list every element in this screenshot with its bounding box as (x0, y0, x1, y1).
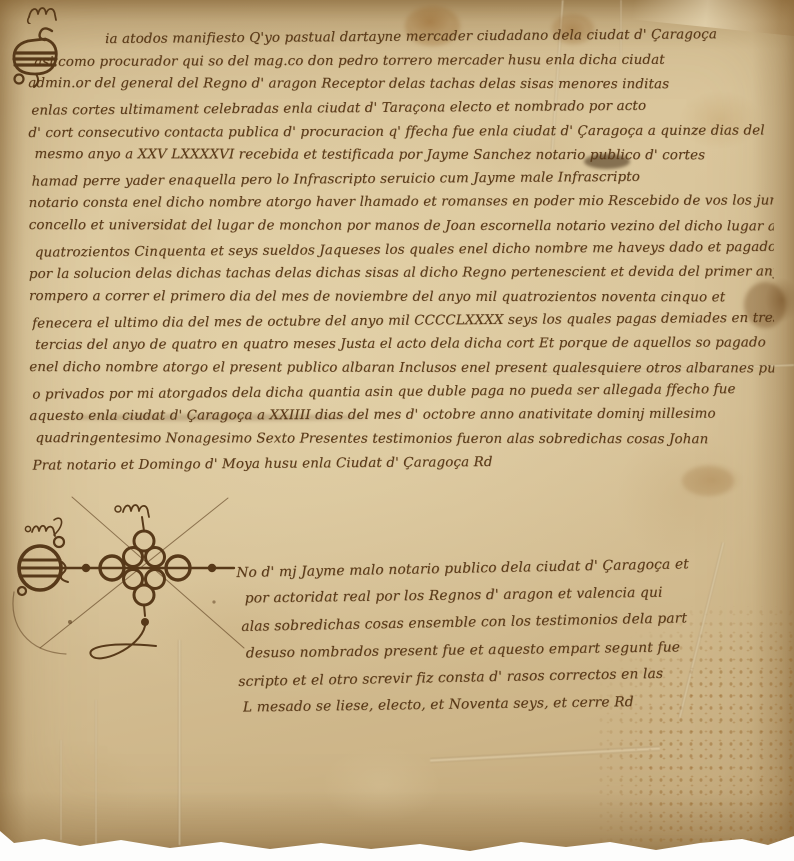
signum-left-paraph-m-mark (25, 518, 61, 536)
text-line: notario consta enel dicho nombre atorgo … (29, 190, 774, 216)
text-line: mesmo anyo a XXV LXXXXVI recebida et tes… (34, 143, 773, 168)
parchment-sheet: ia atodos manifiesto Q'yo pastual dartay… (0, 0, 794, 853)
crease (60, 740, 62, 840)
text-line: tercias del anyo de quatro en quatro mes… (35, 332, 774, 358)
main-text-block: ia atodos manifiesto Q'yo pastual dartay… (28, 24, 775, 476)
text-line: quadringentesimo Nonagesimo Sexto Presen… (35, 427, 774, 452)
signum-top-paraph-m-mark (115, 505, 149, 517)
text-line: d' cort consecutivo contacta publica d' … (28, 119, 773, 145)
manuscript-scan: ia atodos manifiesto Q'yo pastual dartay… (0, 0, 794, 861)
signum-monogram-P (18, 537, 68, 595)
notarial-attestation-block: No d' mj Jayme malo notario publico dela… (236, 550, 754, 723)
text-line: admin.or del general del Regno d' aragon… (28, 72, 773, 97)
crease (95, 700, 97, 845)
text-line: concello et universidat del lugar de mon… (29, 214, 774, 239)
text-line: asi como procurador qui so del mag.co do… (34, 48, 773, 74)
corner-paraph-m-mark (24, 0, 62, 24)
text-line: por la solucion delas dichas tachas dela… (29, 261, 774, 287)
text-line: aquesto enla ciudat d' Çaragoça a XXIIII… (29, 403, 774, 429)
text-line: enel dicho nombre atorgo el present publ… (29, 356, 774, 381)
text-line: Prat notario et Domingo d' Moya husu enl… (32, 448, 774, 477)
crease (178, 640, 181, 845)
text-line: rompero a correr el primero dia del mes … (29, 285, 774, 310)
